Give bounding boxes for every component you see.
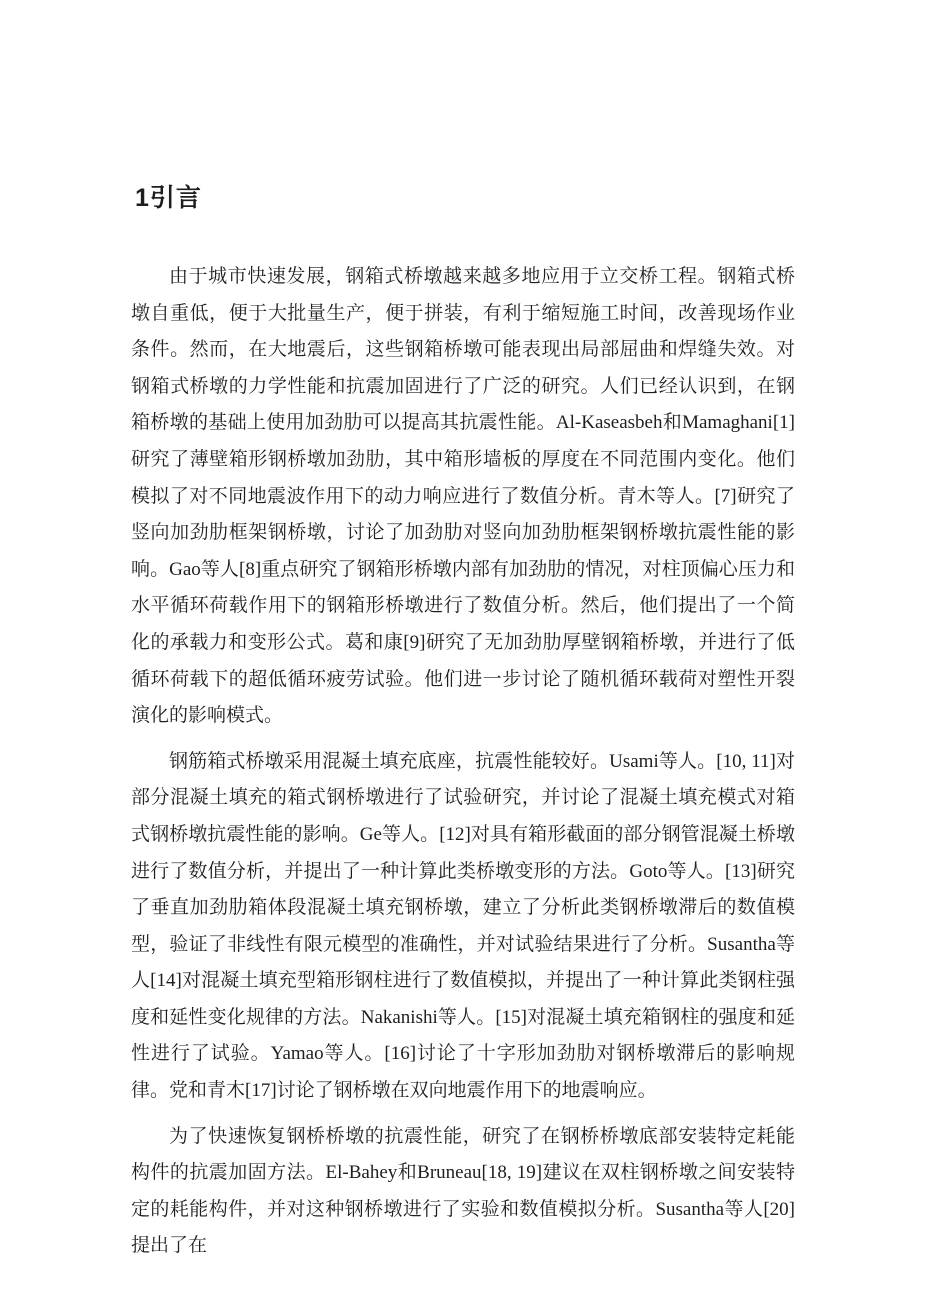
- paragraph-concrete-filled-piers: 钢筋箱式桥墩采用混凝土填充底座，抗震性能较好。Usami等人。[10, 11]对…: [131, 744, 795, 1110]
- section-heading: 1引言: [135, 183, 795, 213]
- paragraph-intro-development: 由于城市快速发展，钢箱式桥墩越来越多地应用于立交桥工程。钢箱式桥墩自重低，便于大…: [131, 259, 795, 735]
- document-page: 1引言 由于城市快速发展，钢箱式桥墩越来越多地应用于立交桥工程。钢箱式桥墩自重低…: [0, 0, 926, 1309]
- paragraph-seismic-retrofit: 为了快速恢复钢桥桥墩的抗震性能，研究了在钢桥桥墩底部安装特定耗能构件的抗震加固方…: [131, 1119, 795, 1265]
